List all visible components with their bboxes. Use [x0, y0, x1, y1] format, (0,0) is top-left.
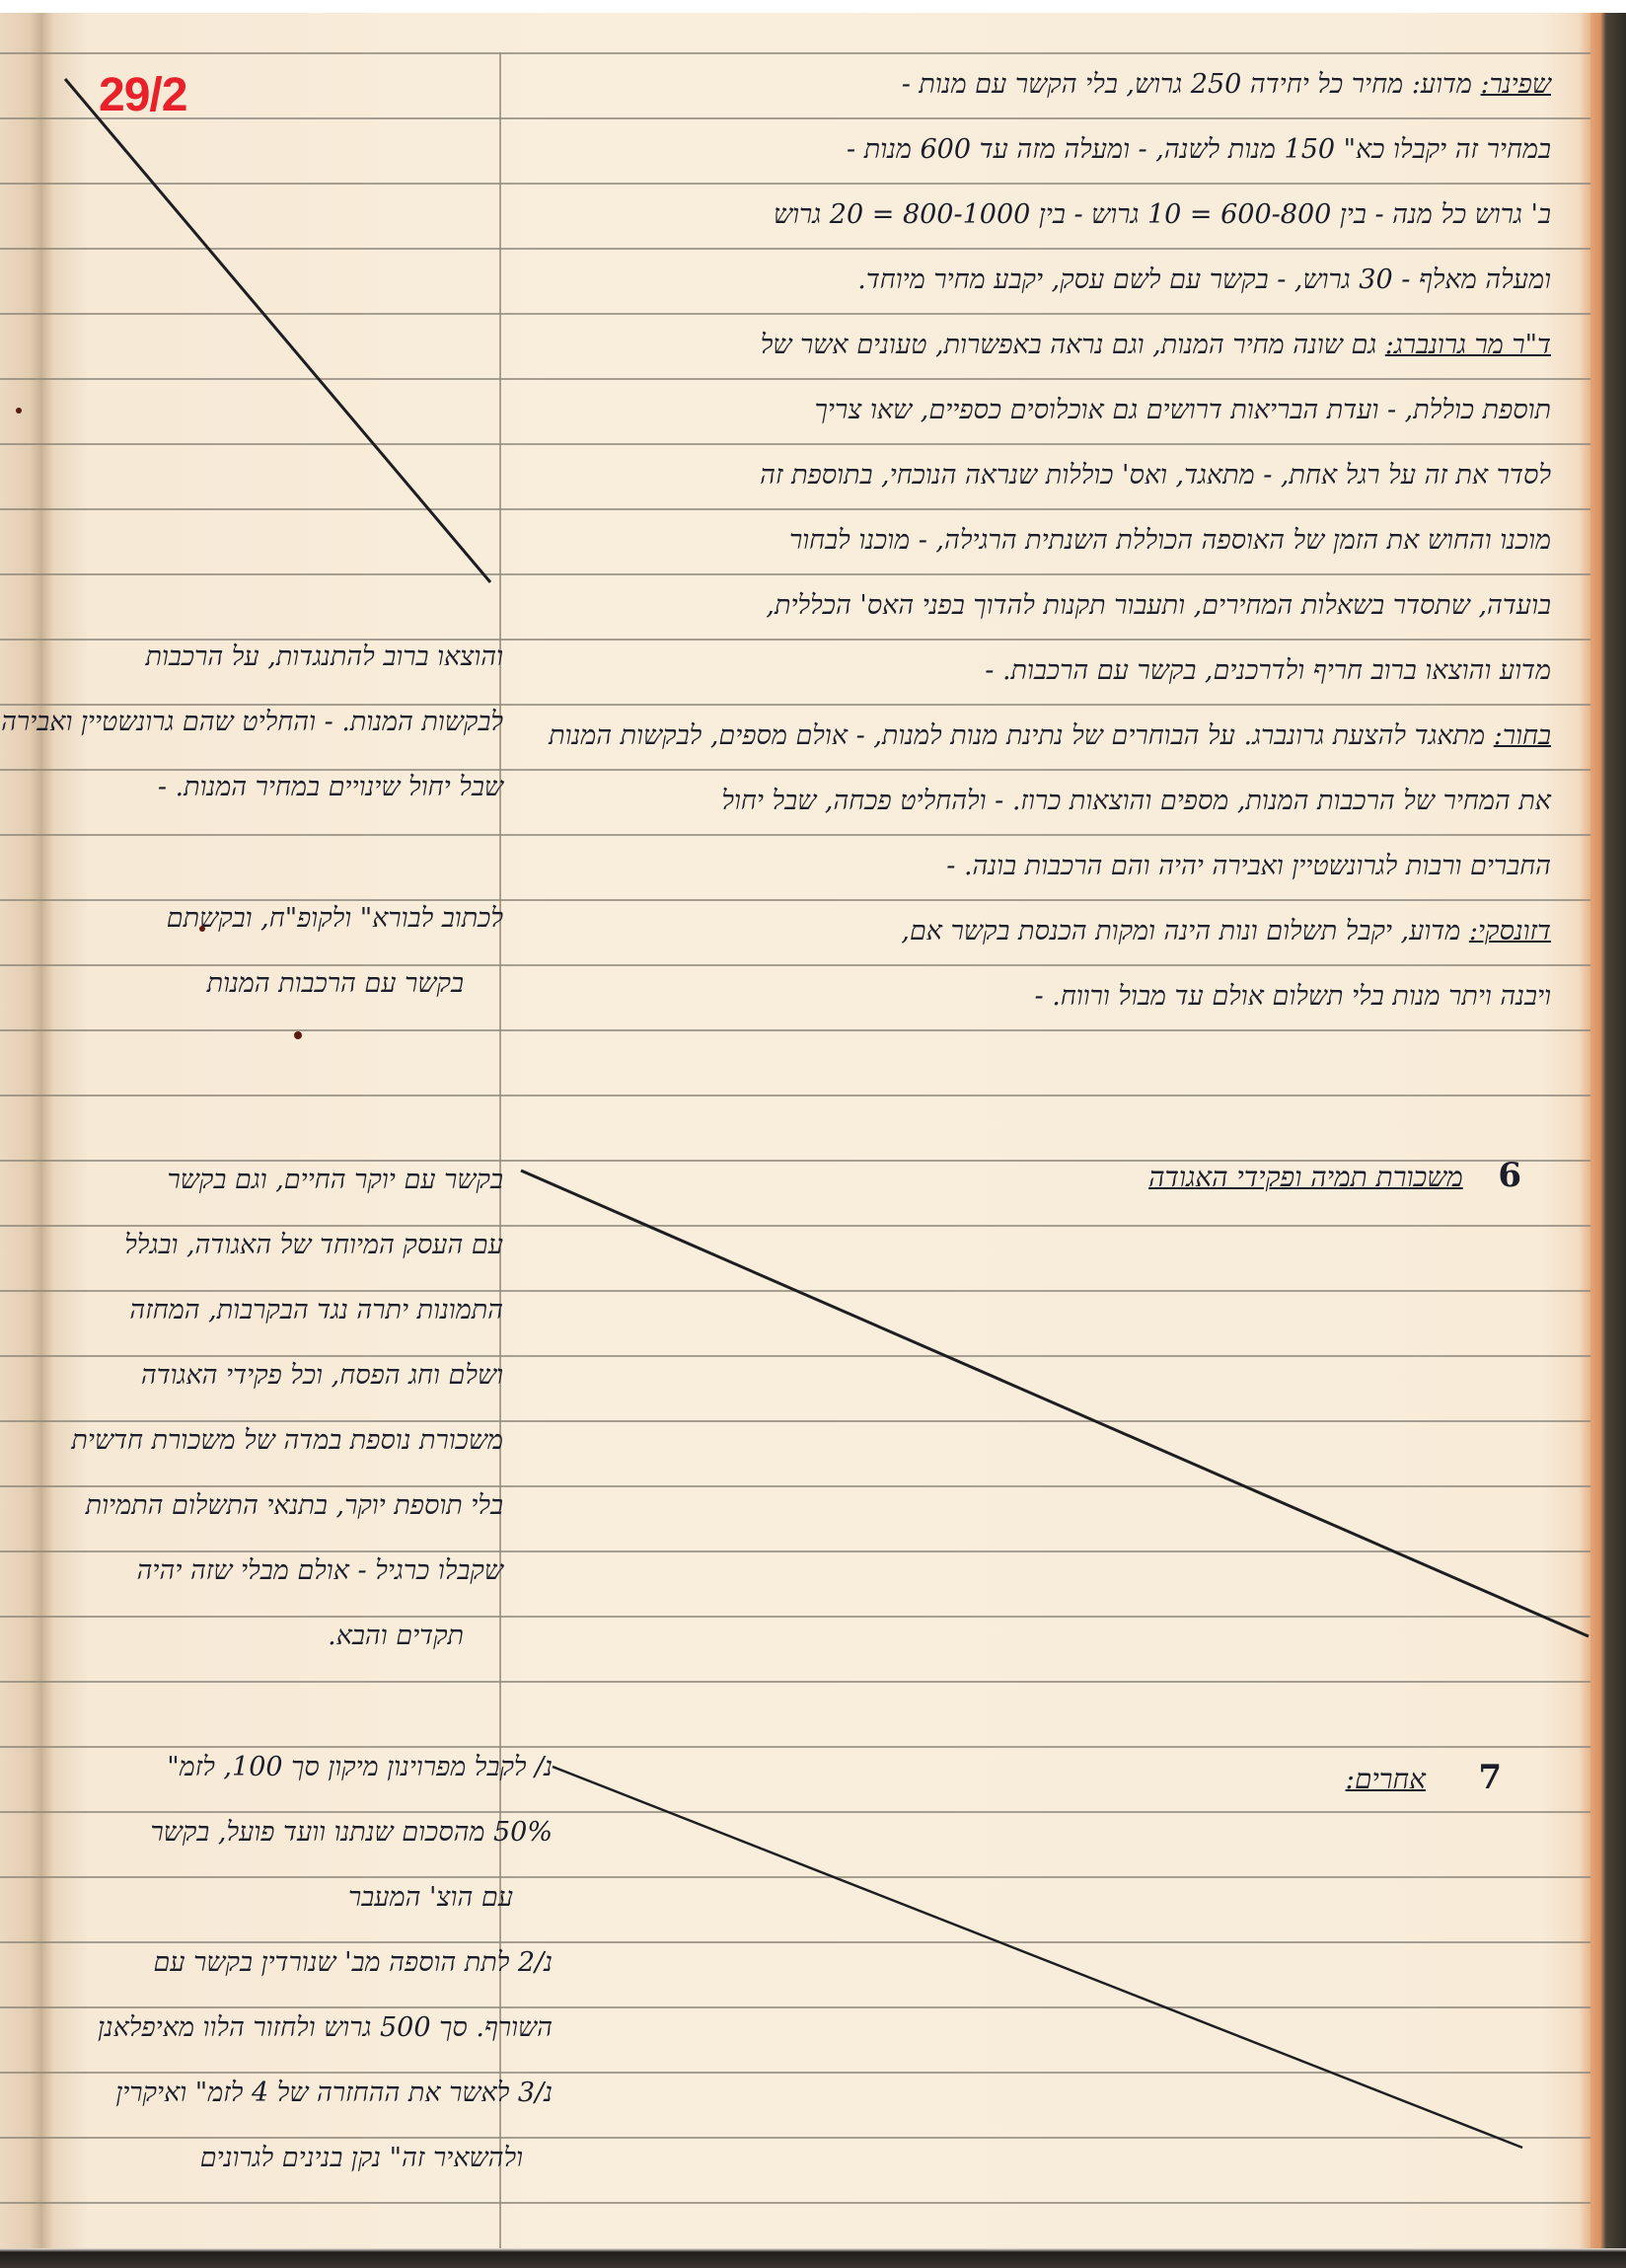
ruled-line — [0, 1029, 1590, 1031]
note-line: לכתוב לבורא" ולקופ"ח, ובקשתם — [30, 886, 503, 951]
note-line: בלי תוספת יוקר, בתנאי התשלום התמיות — [30, 1474, 503, 1539]
page-edge-right — [1590, 13, 1626, 2268]
note-line: בקשר עם הרכבות המנות — [30, 951, 503, 1017]
section-6-heading: 6 משכורת תמיה ופקידי האגודה — [732, 1143, 1521, 1210]
page-number-stamp: 29/2 — [99, 72, 186, 119]
minutes-line: מתאגד להצעת גרונברג. על הבוחרים של נתינת… — [549, 720, 1494, 751]
minutes-line: החברים ורבות לגרונשטיין ואבירה יהיה והם … — [406, 834, 1551, 899]
note-line: נ/2 לתת הוספה מב' שנורדין בקשר עם — [20, 1930, 553, 1996]
note-line: ושלם וחג הפסח, וכל פקידי האגודה — [30, 1343, 503, 1408]
speaker-block-shpiner: שפינר: מדוע: מחיר כל יחידה 250 גרוש, בלי… — [406, 52, 1551, 313]
ink-spot — [294, 1031, 302, 1039]
minutes-line: גם שונה מחיר המנות, וגם נראה באפשרות, טע… — [761, 330, 1385, 360]
minutes-line: תוספת כוללת, - ועדת הבריאות דרושים גם או… — [406, 378, 1551, 443]
section-7-heading: 7 אחרים: — [1107, 1745, 1502, 1812]
note-line: משכורת נוספת במדה של משכורת חדשית — [30, 1408, 503, 1474]
minutes-main-column: שפינר: מדוע: מחיר כל יחידה 250 גרוש, בלי… — [406, 52, 1551, 1029]
note-line: ולהשאיר זה" נקן בנינים לגרונים — [20, 2126, 553, 2191]
note-line: לבקשות המנות. - והחליט שהם גרונשטיין ואב… — [30, 690, 503, 755]
minutes-line: את המחיר של הרכבות המנות, מספים והוצאות … — [406, 769, 1551, 834]
section-title: משכורת תמיה ופקידי האגודה — [1148, 1161, 1463, 1193]
speaker-block-gronberg: ד"ר מר גרונברג: גם שונה מחיר המנות, וגם … — [406, 313, 1551, 704]
note-line: נ/ לקבל מפרוינון מיקון סך 100, לזמ" — [20, 1735, 553, 1800]
minutes-line: לסדר את זה על רגל אחת, - מתאגד, ואס' כול… — [406, 443, 1551, 508]
note-line: 50% מהסכום שנתנו וועד פועל, בקשר — [20, 1800, 553, 1865]
note-line: תקדים והבא. — [30, 1604, 503, 1669]
margin-note-resolution-2: לכתוב לבורא" ולקופ"ח, ובקשתם בקשר עם הרכ… — [30, 886, 503, 1017]
section-number: 7 — [1478, 1758, 1502, 1797]
margin-note-other-items: נ/ לקבל מפרוינון מיקון סך 100, לזמ" 50% … — [20, 1735, 553, 2191]
note-line: שקבלו כרגיל - אולם מבלי שזה יהיה — [30, 1539, 503, 1604]
note-line: השורף. סך 500 גרוש ולחזור הלוו מאיפלאנן — [20, 1996, 553, 2061]
ink-spot — [16, 408, 22, 414]
note-line: עם העסק המיוחד של האגודה, ובגלל — [30, 1213, 503, 1278]
note-line: והוצאו ברוב להתנגדות, על הרכבות — [30, 625, 503, 690]
ink-spot — [199, 926, 205, 932]
minutes-line: מדוע: מחיר כל יחידה 250 גרוש, בלי הקשר ע… — [902, 69, 1481, 100]
page-edge-bottom — [0, 2248, 1626, 2268]
margin-note-resolution-1: והוצאו ברוב להתנגדות, על הרכבות לבקשות ה… — [30, 625, 503, 820]
minutes-line: מדוע, יקבל תשלום ונות הינה ומקות הכנסת ב… — [901, 916, 1469, 946]
ruled-line — [0, 1095, 1590, 1096]
section-number: 6 — [1498, 1156, 1521, 1195]
notebook-page: 29/2 שפינר: מדוע: מחיר כל יחידה 250 גרוש… — [0, 13, 1590, 2248]
ruled-line — [0, 1681, 1590, 1683]
speaker-block-dzonski: דזונסקי: מדוע, יקבל תשלום ונות הינה ומקו… — [406, 899, 1551, 1029]
ruled-line — [0, 2202, 1590, 2204]
section-title: אחרים: — [1346, 1763, 1426, 1795]
note-line: התמונות יתרה נגד הבקרבות, המחזה — [30, 1278, 503, 1343]
margin-note-resolution-salaries: בקשר עם יוקר החיים, וגם בקשר עם העסק המי… — [30, 1148, 503, 1669]
minutes-line: מוכנו והחוש את הזמן של האוספה הכוללת השנ… — [406, 508, 1551, 573]
minutes-line: ומעלה מאלף - 30 גרוש, - בקשר עם לשם עסק,… — [406, 248, 1551, 313]
minutes-line: ב' גרוש כל מנה - בין 600-800 = 10 גרוש -… — [406, 183, 1551, 248]
note-line: בקשר עם יוקר החיים, וגם בקשר — [30, 1148, 503, 1213]
note-line: נ/3 לאשר את ההחזרה של 4 לזמ" ואיקרין — [20, 2061, 553, 2126]
minutes-line: מדוע והוצאו ברוב חריף ולדרכנים, בקשר עם … — [406, 639, 1551, 704]
note-line: עם הוצ' המעבר — [20, 1865, 553, 1930]
speaker-label: שפינר: — [1481, 69, 1551, 100]
minutes-line: במחיר זה יקבלו כא" 150 מנות לשנה, - ומעל… — [406, 117, 1551, 183]
minutes-line: ויבנה ויתר מנות בלי תשלום אולם עד מבול ו… — [406, 964, 1551, 1029]
speaker-label: בחור: — [1494, 720, 1551, 751]
speaker-label: ד"ר מר גרונברג: — [1385, 330, 1551, 360]
minutes-line: בועדה, שתסדר בשאלות המחירים, ותעבור תקנו… — [406, 573, 1551, 639]
note-line: שבל יחול שינויים במחיר המנות. - — [30, 755, 503, 820]
speaker-block-bachur: בחור: מתאגד להצעת גרונברג. על הבוחרים של… — [406, 704, 1551, 899]
speaker-label: דזונסקי: — [1469, 916, 1551, 946]
